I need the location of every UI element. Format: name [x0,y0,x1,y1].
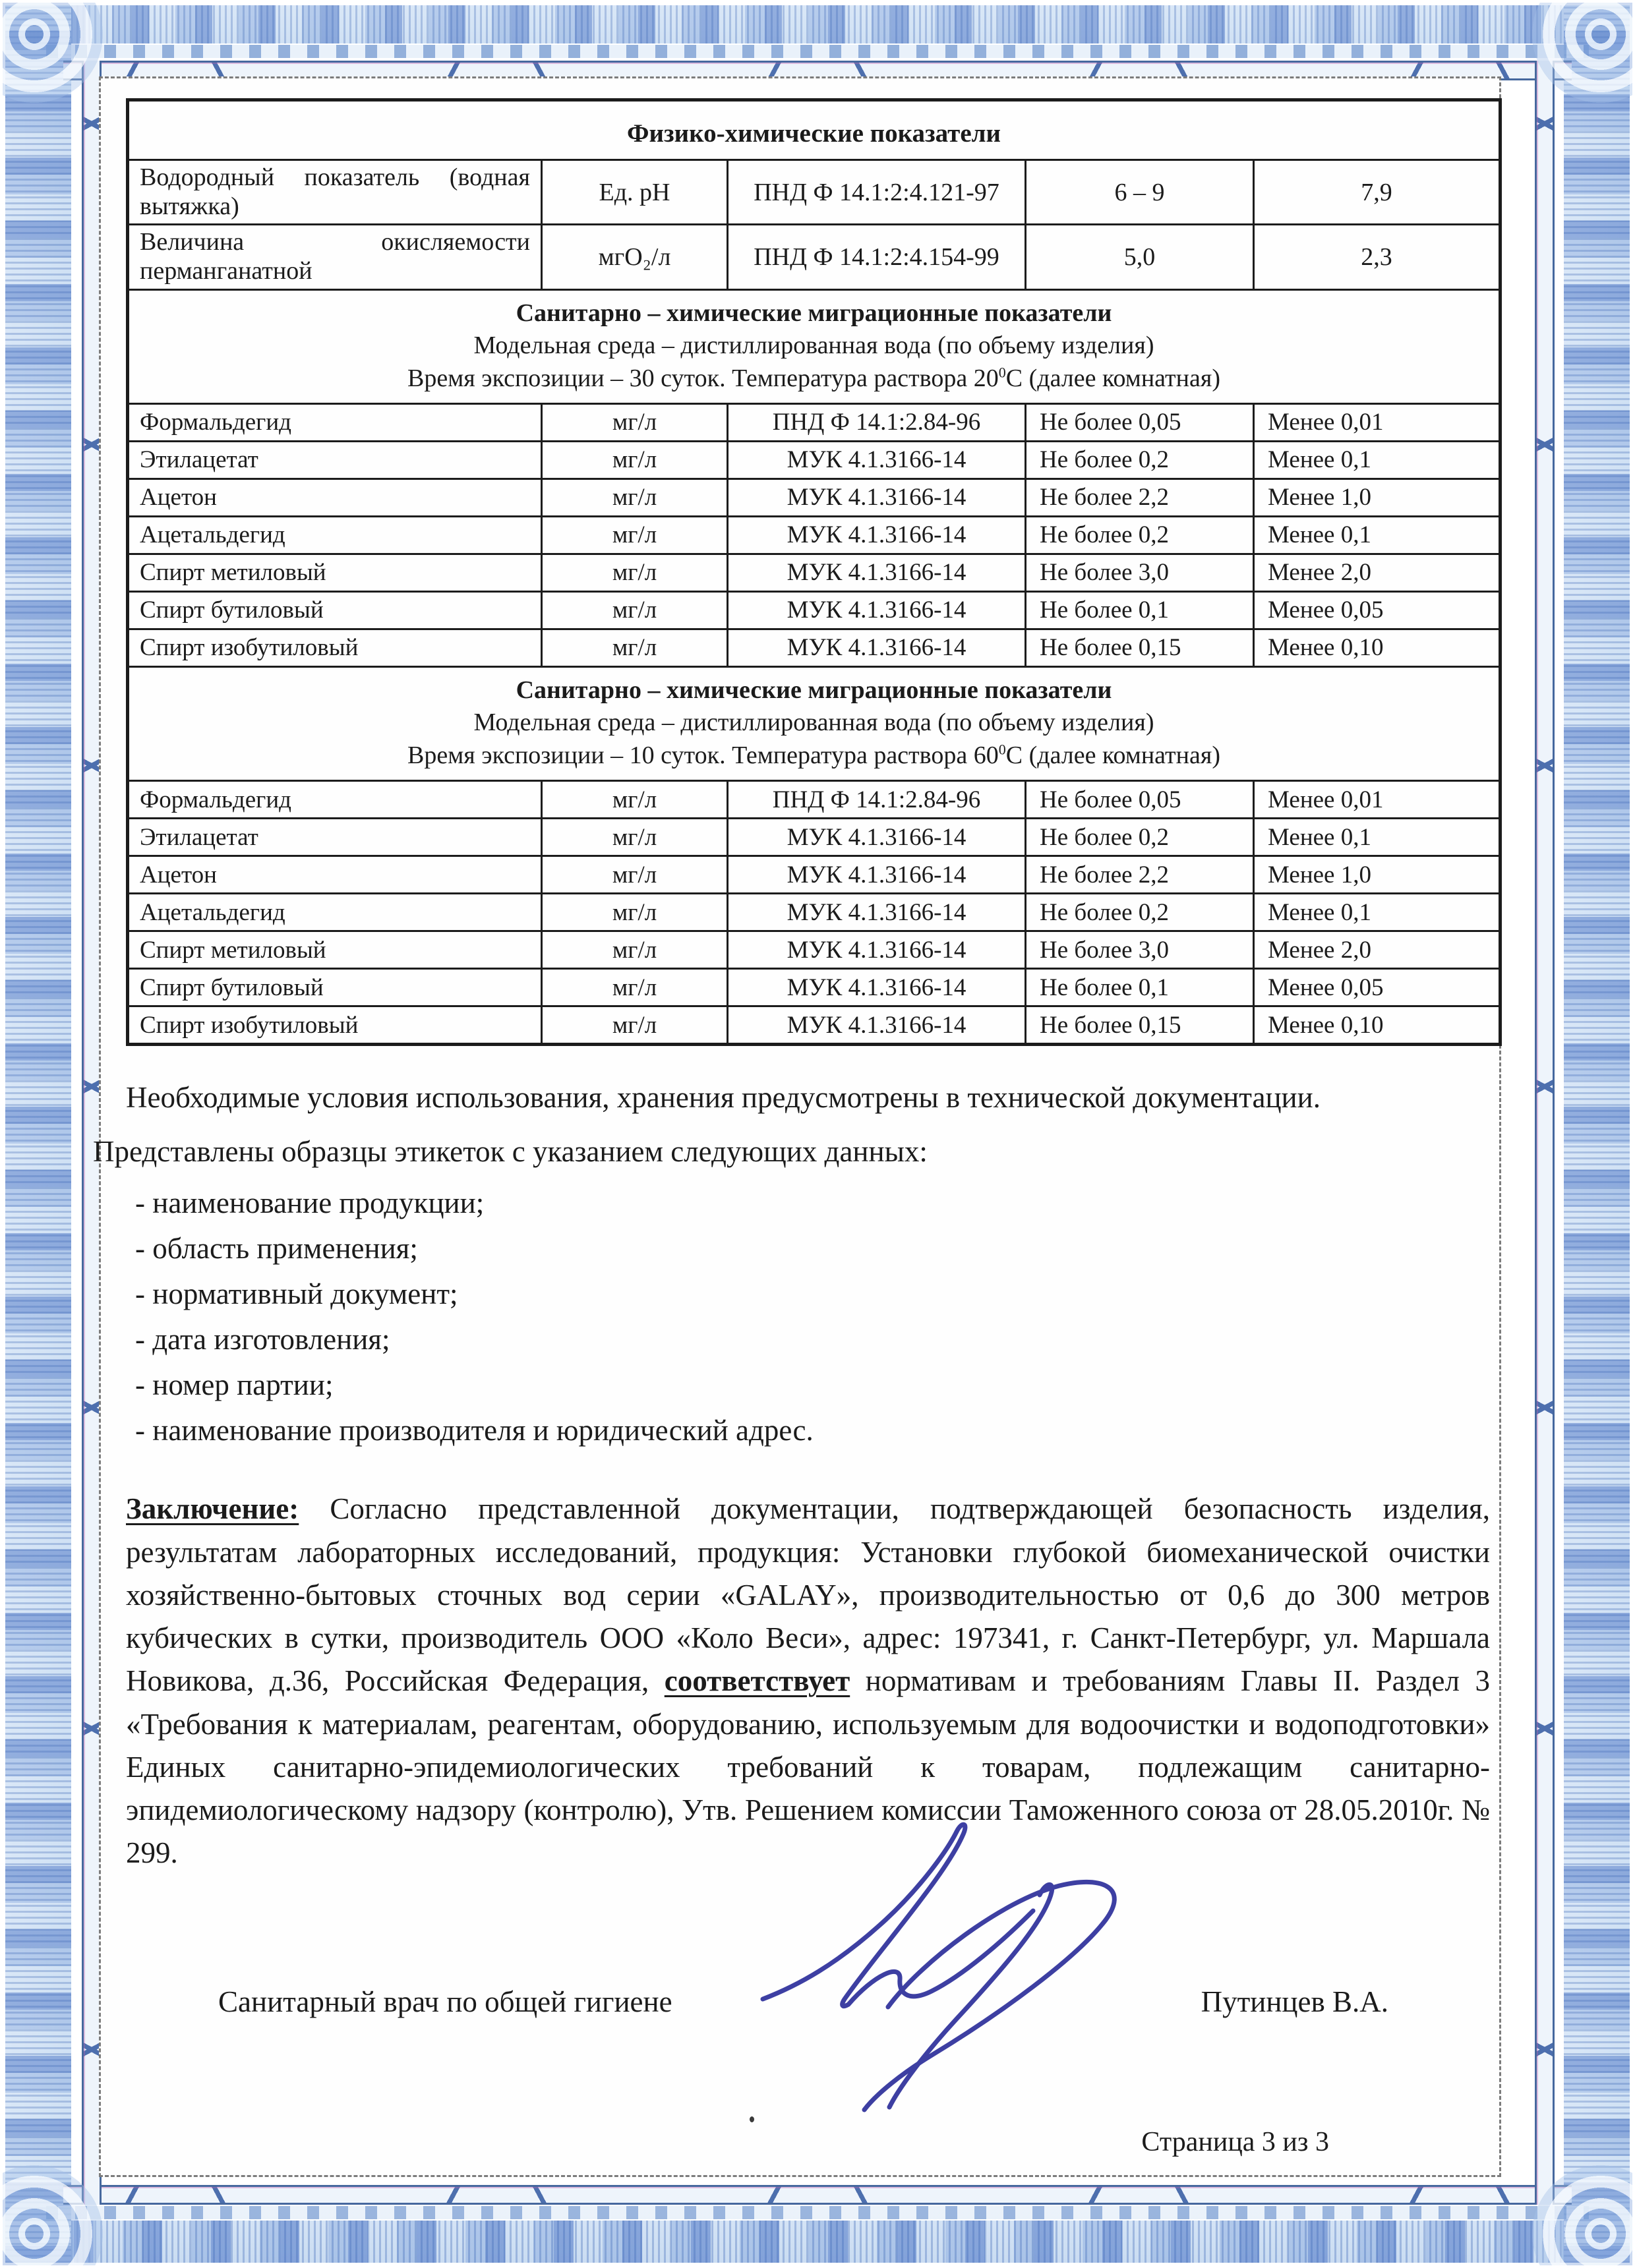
cell-unit: мг/л [542,969,728,1006]
table-title-row: Физико-химические показатели [128,100,1501,160]
cell-method: МУК 4.1.3166-14 [728,441,1026,479]
paragraph-labels-intro: Представлены образцы этикеток с указание… [93,1131,1494,1173]
cell-result: Менее 0,05 [1254,969,1501,1006]
document-body: Физико-химические показатели Водородный … [99,76,1501,2177]
cell-result: 2,3 [1254,225,1501,289]
cell-result: Менее 0,01 [1254,781,1501,819]
section-medium: Модельная среда – дистиллированная вода … [129,707,1499,739]
cell-method: МУК 4.1.3166-14 [728,969,1026,1006]
cell-method: МУК 4.1.3166-14 [728,894,1026,931]
table-row: Ацетальдегид мг/л МУК 4.1.3166-14 Не бол… [128,894,1501,931]
cell-unit: мг/л [542,781,728,819]
cell-unit: мгО₂/л [542,225,728,289]
list-item: - дата изготовления; [135,1325,1494,1354]
cell-method: МУК 4.1.3166-14 [728,554,1026,591]
cell-norm: Не более 0,2 [1026,819,1254,856]
cell-method: МУК 4.1.3166-14 [728,629,1026,666]
cell-indicator: Этилацетат [128,441,542,479]
cell-method: ПНД Ф 14.1:2.84-96 [728,781,1026,819]
cell-unit: мг/л [542,591,728,629]
cell-unit: мг/л [542,516,728,554]
cell-unit: мг/л [542,1006,728,1045]
inner-frame-bottom [63,2185,1572,2205]
conclusion-label: Заключение: [126,1492,299,1525]
cell-norm: Не более 0,05 [1026,781,1254,819]
cell-unit: мг/л [542,819,728,856]
table-row: Спирт изобутиловый мг/л МУК 4.1.3166-14 … [128,1006,1501,1045]
cell-norm: Не более 0,1 [1026,969,1254,1006]
indicators-table: Физико-химические показатели Водородный … [126,98,1502,1046]
cell-indicator: Водородный показатель (водная вытяжка) [128,160,542,225]
cell-norm: Не более 0,2 [1026,441,1254,479]
cell-norm: 6 – 9 [1026,160,1254,225]
table-row: Формальдегид мг/л ПНД Ф 14.1:2.84-96 Не … [128,403,1501,441]
table-row: Ацетон мг/л МУК 4.1.3166-14 Не более 2,2… [128,479,1501,516]
cell-method: МУК 4.1.3166-14 [728,516,1026,554]
cell-norm: Не более 2,2 [1026,479,1254,516]
cell-norm: Не более 3,0 [1026,554,1254,591]
section-title: Санитарно – химические миграционные пока… [129,297,1499,330]
cell-norm: Не более 0,2 [1026,894,1254,931]
scan-artifact-dot [750,2116,754,2122]
cell-unit: мг/л [542,479,728,516]
cell-result: Менее 2,0 [1254,554,1501,591]
page-number: Страница 3 из 3 [1141,2126,1329,2158]
section-header-row: Санитарно – химические миграционные пока… [128,289,1501,403]
cell-indicator: Ацетон [128,479,542,516]
cell-indicator: Спирт изобутиловый [128,1006,542,1045]
cell-norm: Не более 0,15 [1026,1006,1254,1045]
cell-result: 7,9 [1254,160,1501,225]
cell-method: МУК 4.1.3166-14 [728,819,1026,856]
table-row: Этилацетат мг/л МУК 4.1.3166-14 Не более… [128,441,1501,479]
section-header: Санитарно – химические миграционные пока… [128,289,1501,403]
cell-method: ПНД Ф 14.1:2:4.154-99 [728,225,1026,289]
cell-unit: мг/л [542,441,728,479]
cell-indicator: Спирт метиловый [128,931,542,969]
inner-frame-right [1535,61,1555,2205]
cell-result: Менее 1,0 [1254,856,1501,894]
cell-unit: мг/л [542,629,728,666]
cell-unit: мг/л [542,856,728,894]
paragraph-usage-conditions: Необходимые условия использования, хране… [126,1076,1490,1119]
table-row: Водородный показатель (водная вытяжка) Е… [128,160,1501,225]
cell-result: Менее 2,0 [1254,931,1501,969]
cell-result: Менее 0,1 [1254,894,1501,931]
cell-norm: Не более 0,2 [1026,516,1254,554]
cell-method: МУК 4.1.3166-14 [728,1006,1026,1045]
cell-indicator: Величина окисляемости перманганатной [128,225,542,289]
table-row: Ацетон мг/л МУК 4.1.3166-14 Не более 2,2… [128,856,1501,894]
cell-unit: мг/л [542,931,728,969]
cell-indicator: Ацетальдегид [128,516,542,554]
conclusion-emphasis: соответствует [665,1664,850,1697]
cell-indicator: Ацетон [128,856,542,894]
section-conditions: Время экспозиции – 10 суток. Температура… [129,740,1499,772]
cell-norm: Не более 3,0 [1026,931,1254,969]
cell-result: Менее 1,0 [1254,479,1501,516]
cell-result: Менее 0,10 [1254,629,1501,666]
signature-graphic [744,1809,1166,2165]
signatory-role: Санитарный врач по общей гигиене [218,1985,672,2019]
cell-norm: Не более 0,1 [1026,591,1254,629]
section-title: Санитарно – химические миграционные пока… [129,674,1499,707]
border-ornament-left [5,5,71,2263]
cell-result: Менее 0,05 [1254,591,1501,629]
border-ornament-right [1564,5,1630,2263]
table-row: Ацетальдегид мг/л МУК 4.1.3166-14 Не бол… [128,516,1501,554]
cell-method: МУК 4.1.3166-14 [728,591,1026,629]
cell-indicator: Формальдегид [128,403,542,441]
cell-indicator: Спирт бутиловый [128,591,542,629]
list-item: - наименование продукции; [135,1188,1494,1218]
cell-norm: Не более 2,2 [1026,856,1254,894]
table-row: Формальдегид мг/л ПНД Ф 14.1:2.84-96 Не … [128,781,1501,819]
list-item: - наименование производителя и юридическ… [135,1416,1494,1445]
section-header: Санитарно – химические миграционные пока… [128,666,1501,780]
border-ornament-bottom [5,2221,1630,2263]
cell-indicator: Спирт метиловый [128,554,542,591]
certificate-page: Физико-химические показатели Водородный … [0,0,1635,2268]
cell-result: Менее 0,1 [1254,441,1501,479]
section-conditions: Время экспозиции – 30 суток. Температура… [129,363,1499,395]
cell-indicator: Ацетальдегид [128,894,542,931]
cell-unit: мг/л [542,554,728,591]
table-row: Спирт бутиловый мг/л МУК 4.1.3166-14 Не … [128,591,1501,629]
cell-result: Менее 0,1 [1254,516,1501,554]
list-item: - нормативный документ; [135,1279,1494,1309]
cell-norm: Не более 0,15 [1026,629,1254,666]
signatory-name: Путинцев В.А. [1201,1985,1388,2019]
cell-norm: Не более 0,05 [1026,403,1254,441]
cell-result: Менее 0,01 [1254,403,1501,441]
cell-method: МУК 4.1.3166-14 [728,931,1026,969]
table-row: Спирт метиловый мг/л МУК 4.1.3166-14 Не … [128,931,1501,969]
list-item: - область применения; [135,1234,1494,1264]
table-row: Спирт бутиловый мг/л МУК 4.1.3166-14 Не … [128,969,1501,1006]
cell-norm: 5,0 [1026,225,1254,289]
cell-method: ПНД Ф 14.1:2.84-96 [728,403,1026,441]
cell-method: МУК 4.1.3166-14 [728,856,1026,894]
cell-unit: мг/л [542,403,728,441]
table-row: Величина окисляемости перманганатной мгО… [128,225,1501,289]
cell-indicator: Формальдегид [128,781,542,819]
cell-indicator: Этилацетат [128,819,542,856]
list-item: - номер партии; [135,1370,1494,1400]
label-data-list: - наименование продукции; - область прим… [125,1188,1494,1445]
cell-unit: Ед. рН [542,160,728,225]
table-title: Физико-химические показатели [128,100,1501,160]
section-medium: Модельная среда – дистиллированная вода … [129,330,1499,362]
table-row: Спирт метиловый мг/л МУК 4.1.3166-14 Не … [128,554,1501,591]
table-row: Этилацетат мг/л МУК 4.1.3166-14 Не более… [128,819,1501,856]
border-dash-row-top [46,45,1589,58]
cell-method: МУК 4.1.3166-14 [728,479,1026,516]
cell-indicator: Спирт бутиловый [128,969,542,1006]
border-dash-row-bottom [46,2206,1589,2219]
cell-indicator: Спирт изобутиловый [128,629,542,666]
cell-method: ПНД Ф 14.1:2:4.121-97 [728,160,1026,225]
cell-result: Менее 0,10 [1254,1006,1501,1045]
border-ornament-top [5,5,1630,44]
cell-unit: мг/л [542,894,728,931]
section-header-row: Санитарно – химические миграционные пока… [128,666,1501,780]
cell-result: Менее 0,1 [1254,819,1501,856]
table-row: Спирт изобутиловый мг/л МУК 4.1.3166-14 … [128,629,1501,666]
